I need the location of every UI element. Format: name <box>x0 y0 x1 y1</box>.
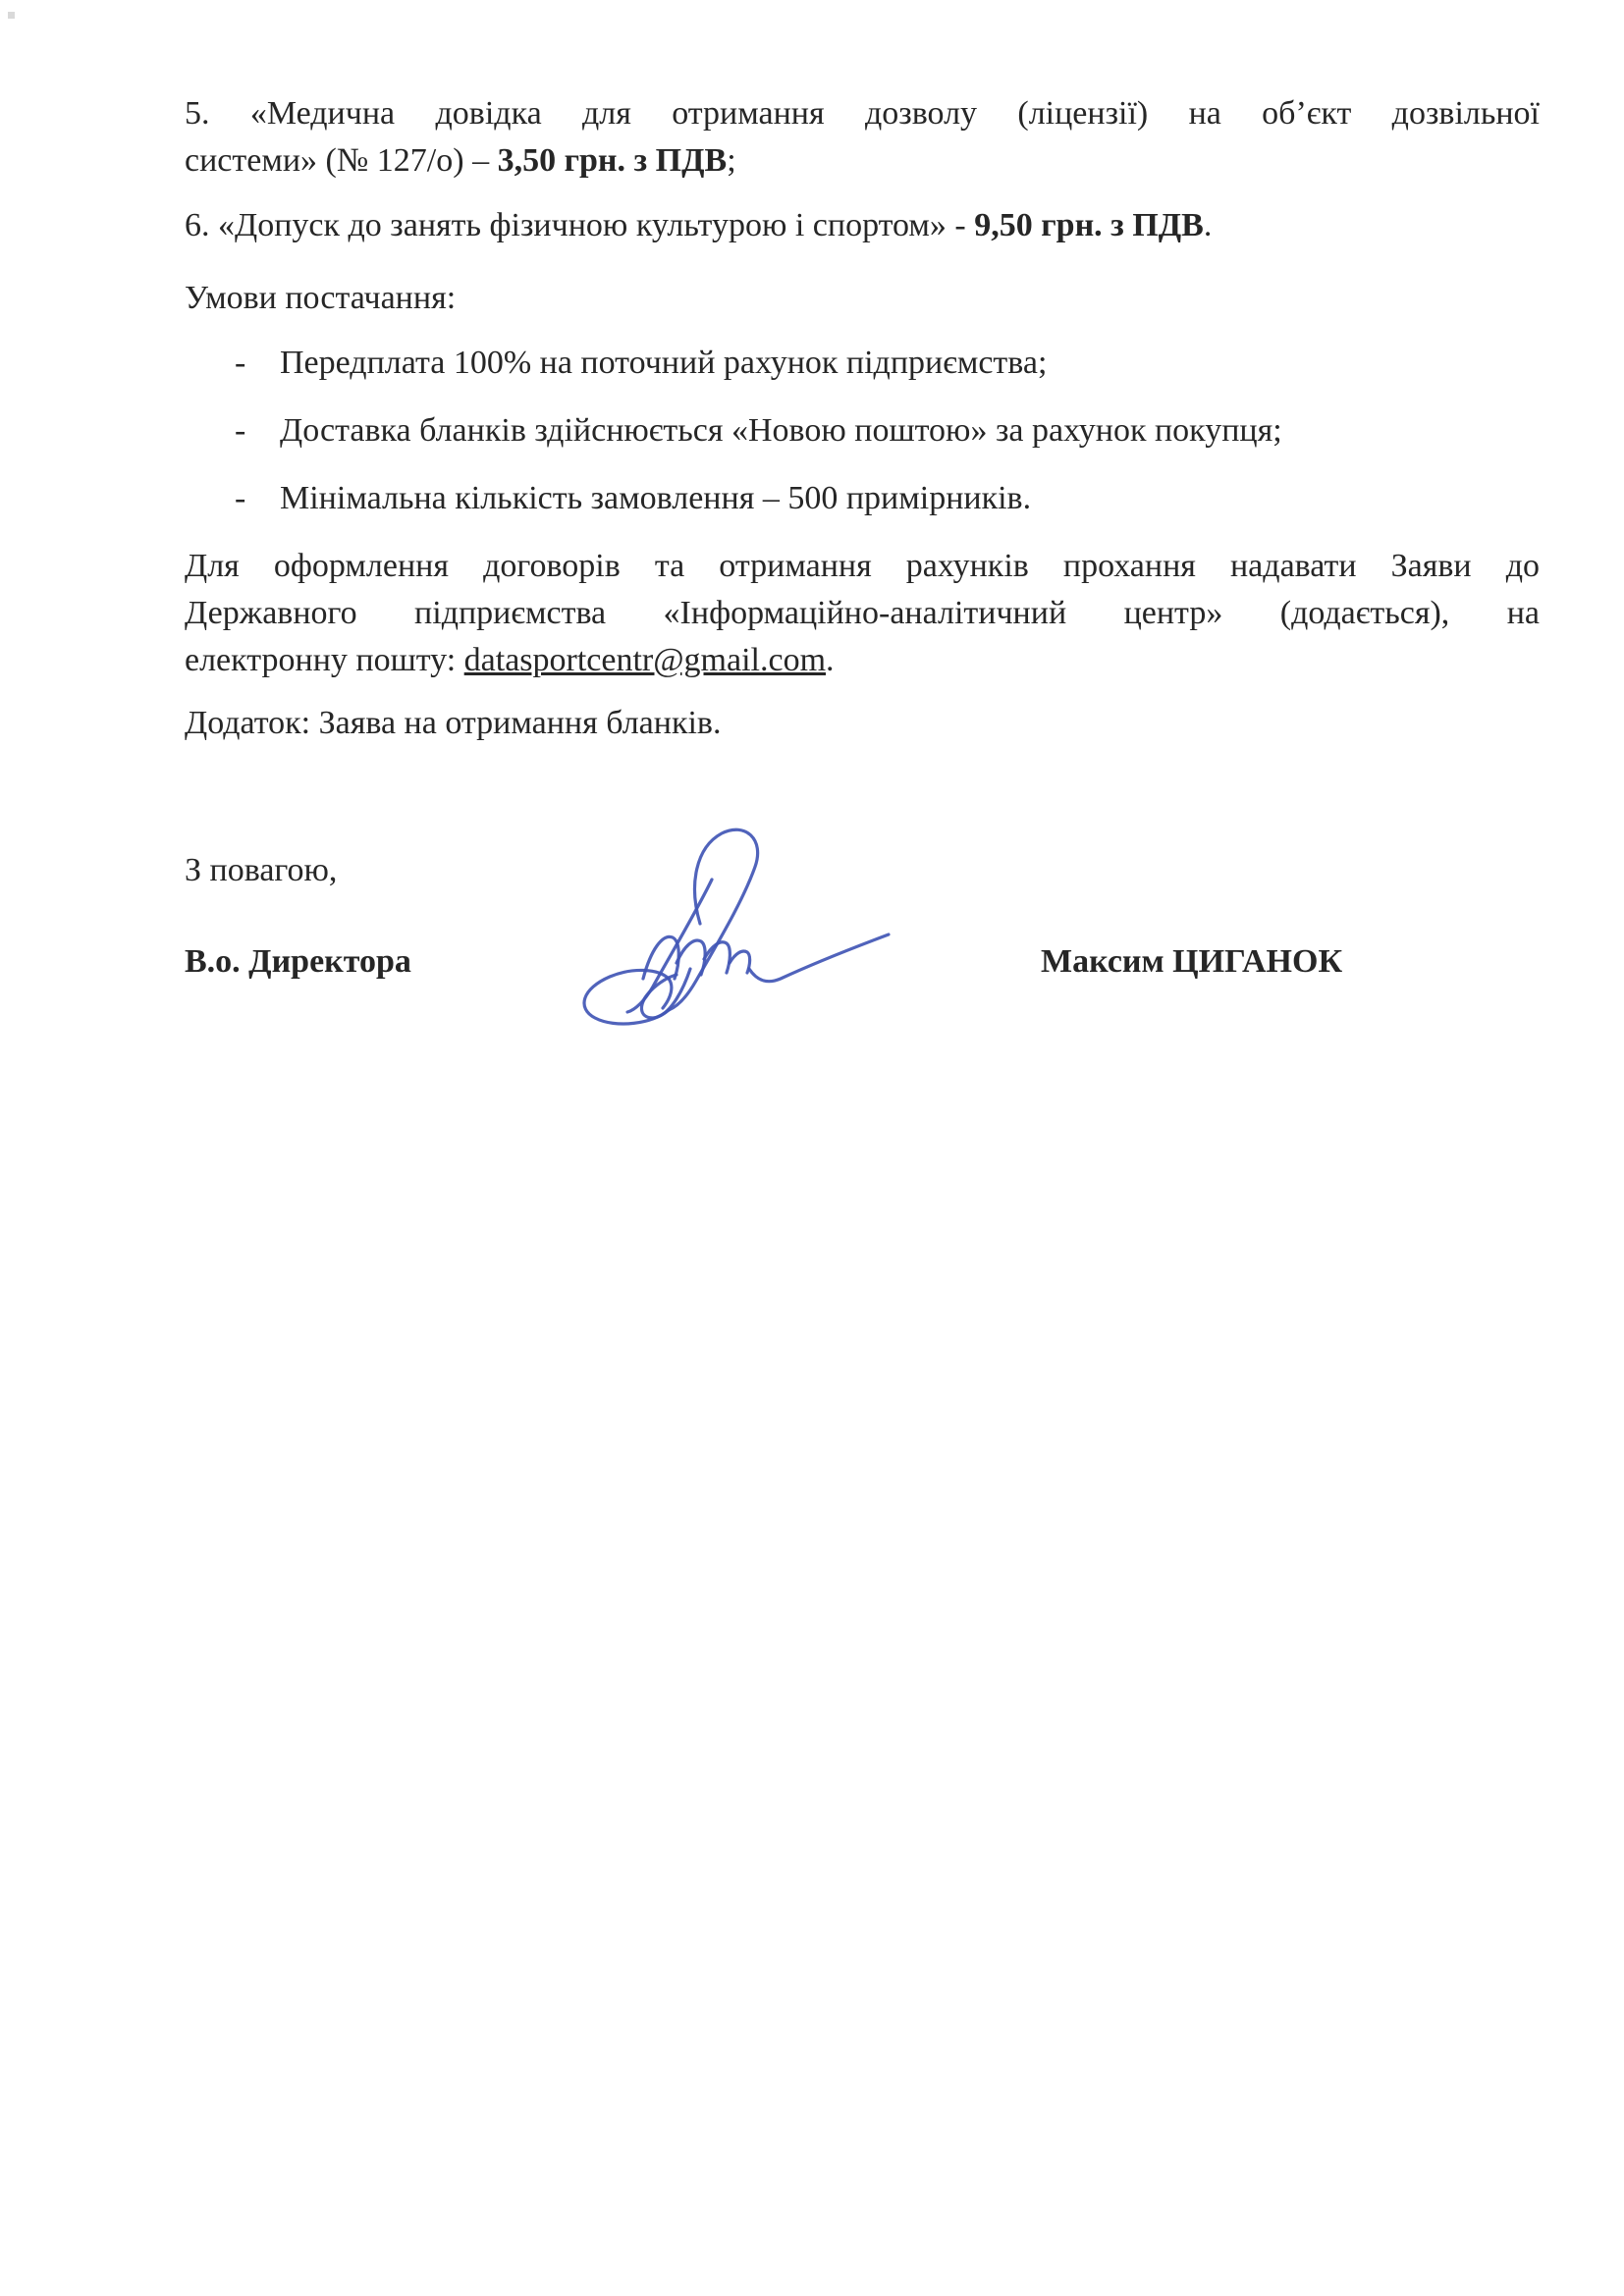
email-label: електронну пошту: <box>185 642 464 678</box>
bullet-item: - Передплата 100% на поточний рахунок пі… <box>185 340 1540 387</box>
contracts-paragraph-line2: Державного підприємства «Інформаційно-ан… <box>185 590 1540 637</box>
signer-role: В.о. Директора <box>185 943 411 980</box>
bullet-text: Передплата 100% на поточний рахунок підп… <box>280 340 1047 387</box>
price-item-5-line2-text: системи» (№ 127/о) – <box>185 142 498 179</box>
document-page: 5. «Медична довідка для отримання дозвол… <box>0 0 1624 2296</box>
contracts-paragraph-line1: Для оформлення договорів та отримання ра… <box>185 543 1540 590</box>
closing-salutation: З повагою, <box>185 847 1540 894</box>
price-item-5-line2-end: ; <box>727 142 735 179</box>
bullet-text: Доставка бланків здійснюється «Новою пош… <box>280 407 1282 454</box>
contracts-paragraph: Для оформлення договорів та отримання ра… <box>185 543 1540 684</box>
bullet-dash: - <box>235 340 280 387</box>
bullet-dash: - <box>235 407 280 454</box>
email-sentence-end: . <box>826 642 835 678</box>
bullet-dash: - <box>235 475 280 522</box>
signer-name: Максим ЦИГАНОК <box>1041 938 1342 986</box>
document-content: 5. «Медична довідка для отримання дозвол… <box>0 0 1624 1161</box>
price-item-6-text: 6. «Допуск до занять фізичною культурою … <box>185 207 974 243</box>
attachment-note: Додаток: Заява на отримання бланків. <box>185 700 1540 747</box>
price-item-6-end: . <box>1204 207 1213 243</box>
price-item-6: 6. «Допуск до занять фізичною культурою … <box>185 202 1540 249</box>
bullet-item: - Мінімальна кількість замовлення – 500 … <box>185 475 1540 522</box>
scan-artifact-mark <box>8 12 15 19</box>
contracts-paragraph-line3: електронну пошту: datasportcentr@gmail.c… <box>185 637 1540 684</box>
bullet-text: Мінімальна кількість замовлення – 500 пр… <box>280 475 1031 522</box>
bullet-list: - Передплата 100% на поточний рахунок пі… <box>185 340 1540 522</box>
signature-row: В.о. Директора Максим ЦИГАНОК <box>185 938 1540 986</box>
bullet-item: - Доставка бланків здійснюється «Новою п… <box>185 407 1540 454</box>
price-item-5-line2: системи» (№ 127/о) – 3,50 грн. з ПДВ; <box>185 137 1540 185</box>
price-item-5-price: 3,50 грн. з ПДВ <box>498 142 728 179</box>
signature-block: З повагою, В.о. Директора Максим ЦИГАНОК <box>185 847 1540 1161</box>
supply-conditions-title: Умови постачання: <box>185 275 1540 322</box>
price-item-6-price: 9,50 грн. з ПДВ <box>974 207 1204 243</box>
price-item-5: 5. «Медична довідка для отримання дозвол… <box>185 90 1540 185</box>
email-link[interactable]: datasportcentr@gmail.com <box>464 642 826 678</box>
price-item-5-line1: 5. «Медична довідка для отримання дозвол… <box>185 90 1540 137</box>
